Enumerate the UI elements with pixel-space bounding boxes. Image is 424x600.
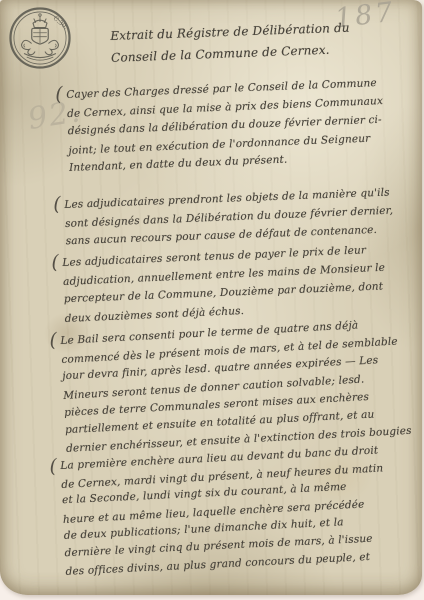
- paragraph-lines: Le Bail sera consenti pour le terme de q…: [60, 314, 412, 458]
- coat-of-arms-icon: C.30.: [7, 5, 73, 71]
- stamp-denomination-label: C.30.: [52, 15, 69, 31]
- paragraph-flourish: (: [55, 83, 63, 105]
- paragraph-clause-objects: ( Les adjudicataires prendront les objet…: [64, 183, 394, 250]
- paragraph-flourish: (: [53, 193, 61, 215]
- paragraph-flourish: (: [49, 455, 57, 477]
- paragraph-clause-enchere: ( La première enchère aura lieu au devan…: [60, 442, 388, 581]
- paragraph-clause-bail: ( Le Bail sera consenti pour le terme de…: [60, 314, 412, 458]
- paragraph-flourish: (: [51, 251, 59, 273]
- paragraph-preamble: ( Cayer des Charges dressé par le Consei…: [66, 74, 385, 178]
- manuscript-page: C.30. 187 92. Extrait du Régistre de Dél…: [0, 0, 422, 595]
- document-title: Extrait du Régistre de Délibération duCo…: [110, 18, 351, 67]
- paragraph-lines: Les adjudicataires prendront les objets …: [64, 183, 394, 250]
- paragraph-flourish: (: [49, 329, 58, 351]
- title-lines: Extrait du Régistre de Délibération duCo…: [110, 18, 351, 67]
- paragraph-lines: La première enchère aura lieu au devant …: [60, 442, 388, 581]
- official-seal-stamp: C.30.: [7, 5, 73, 71]
- paragraph-lines: Cayer des Charges dressé par le Conseil …: [66, 74, 385, 178]
- paragraph-clause-payment: ( Les adjudicataires seront tenus de pay…: [62, 241, 387, 328]
- scanned-document-view: C.30. 187 92. Extrait du Régistre de Dél…: [0, 0, 424, 600]
- paragraph-lines: Les adjudicataires seront tenus de payer…: [62, 241, 387, 328]
